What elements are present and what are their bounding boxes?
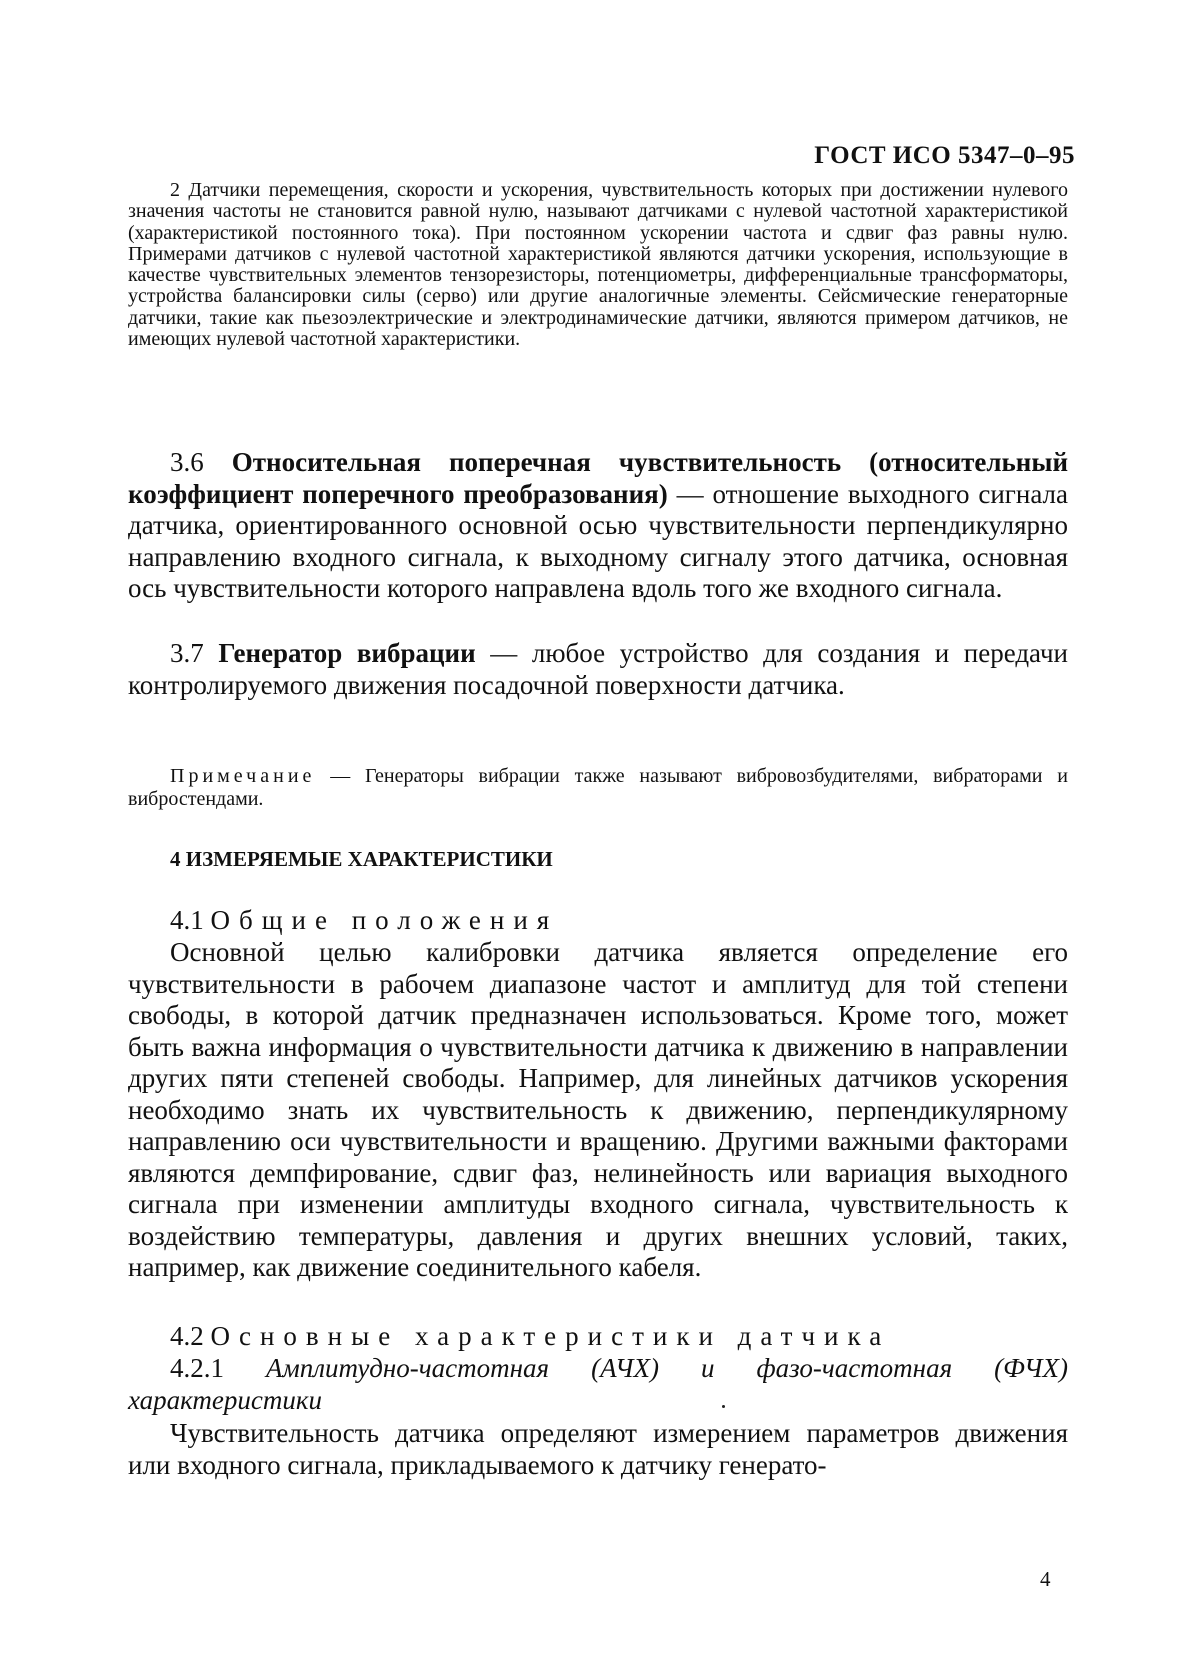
section-4-1-paragraph: Основной целью калибровки датчика являет… bbox=[128, 937, 1068, 1284]
section-4-2-title: Основные характеристики датчика bbox=[211, 1321, 891, 1351]
section-4-2-1-paragraph: Чувствительность датчика определяют изме… bbox=[128, 1418, 1068, 1481]
section-4-heading: 4 ИЗМЕРЯЕМЫЕ ХАРАКТЕРИСТИКИ bbox=[170, 847, 553, 872]
section-4-1-number: 4.1 bbox=[170, 905, 204, 935]
section-4-2-number: 4.2 bbox=[170, 1321, 204, 1351]
section-3-7-paragraph: 3.7 Генератор вибрации — любое устройств… bbox=[128, 638, 1068, 701]
section-3-6-number: 3.6 bbox=[170, 447, 204, 477]
document-page: ГОСТ ИСО 5347–0–95 2 Датчики перемещения… bbox=[0, 0, 1187, 1679]
document-header-id: ГОСТ ИСО 5347–0–95 bbox=[814, 142, 1075, 170]
section-3-6-paragraph: 3.6 Относительная поперечная чувствитель… bbox=[128, 447, 1068, 605]
section-4-1-heading: 4.1 Общие положения bbox=[128, 905, 1068, 937]
section-4-2-1-title: Амплитудно-частотная (АЧХ) и фазо-частот… bbox=[128, 1353, 1068, 1415]
note-2-text: 2 Датчики перемещения, скорости и ускоре… bbox=[128, 179, 1068, 350]
scan-speck bbox=[722, 1405, 725, 1408]
note-label: Примечание bbox=[170, 765, 315, 787]
section-4-2-1-heading: 4.2.1 Амплитудно-частотная (АЧХ) и фазо-… bbox=[128, 1353, 1068, 1416]
page-number: 4 bbox=[1040, 1567, 1051, 1592]
section-4-1-title: Общие положения bbox=[211, 905, 559, 935]
section-3-7-number: 3.7 bbox=[170, 638, 204, 668]
note-paragraph: Примечание — Генераторы вибрации также н… bbox=[128, 765, 1068, 811]
section-4-2-1-number: 4.2.1 bbox=[170, 1353, 224, 1383]
note-2-paragraph: 2 Датчики перемещения, скорости и ускоре… bbox=[128, 180, 1068, 350]
section-3-7-term: Генератор вибрации bbox=[218, 638, 475, 668]
section-4-2-heading: 4.2 Основные характеристики датчика bbox=[128, 1321, 1068, 1353]
